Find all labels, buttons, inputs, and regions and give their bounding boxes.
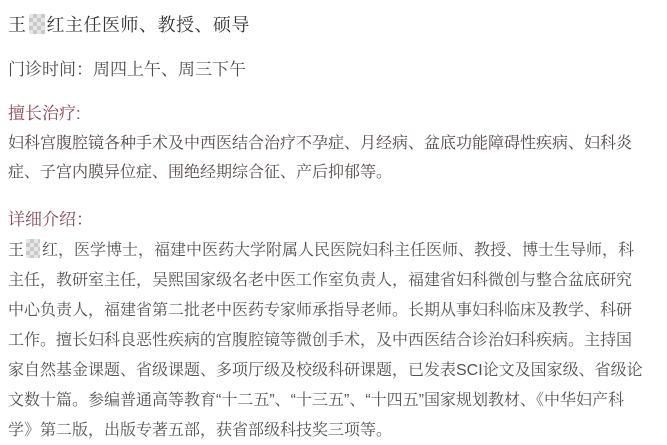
- specialty-section-heading: 擅长治疗:: [8, 103, 646, 125]
- specialty-text: 妇科宫腹腔镜各种手术及中西医结合治疗不孕症、月经病、盆底功能障碍性疾病、妇科炎症…: [8, 129, 646, 187]
- doctor-profile-page: 王红主任医师、教授、硕导 门诊时间：周四上午、周三下午 擅长治疗: 妇科宫腹腔镜…: [0, 0, 667, 445]
- doctor-surname: 王: [8, 15, 27, 35]
- clinic-hours-line: 门诊时间：周四上午、周三下午: [8, 58, 646, 81]
- doctor-title-text: 红主任医师、教授、硕导: [47, 15, 251, 35]
- introduction-section-heading: 详细介绍：: [8, 209, 646, 231]
- page-title: 王红主任医师、教授、硕导: [8, 12, 646, 38]
- introduction-body-text: 红，医学博士，福建中医药大学附属人民医院妇科主任医师、教授、博士生导师，科主任，…: [8, 242, 643, 439]
- redacted-name-character: [29, 14, 45, 34]
- content-column: 王红主任医师、教授、硕导 门诊时间：周四上午、周三下午 擅长治疗: 妇科宫腹腔镜…: [8, 12, 646, 445]
- redacted-name-character: [26, 239, 40, 258]
- introduction-text: 王红，医学博士，福建中医药大学附属人民医院妇科主任医师、教授、博士生导师，科主任…: [8, 236, 646, 445]
- doctor-surname: 王: [8, 242, 24, 259]
